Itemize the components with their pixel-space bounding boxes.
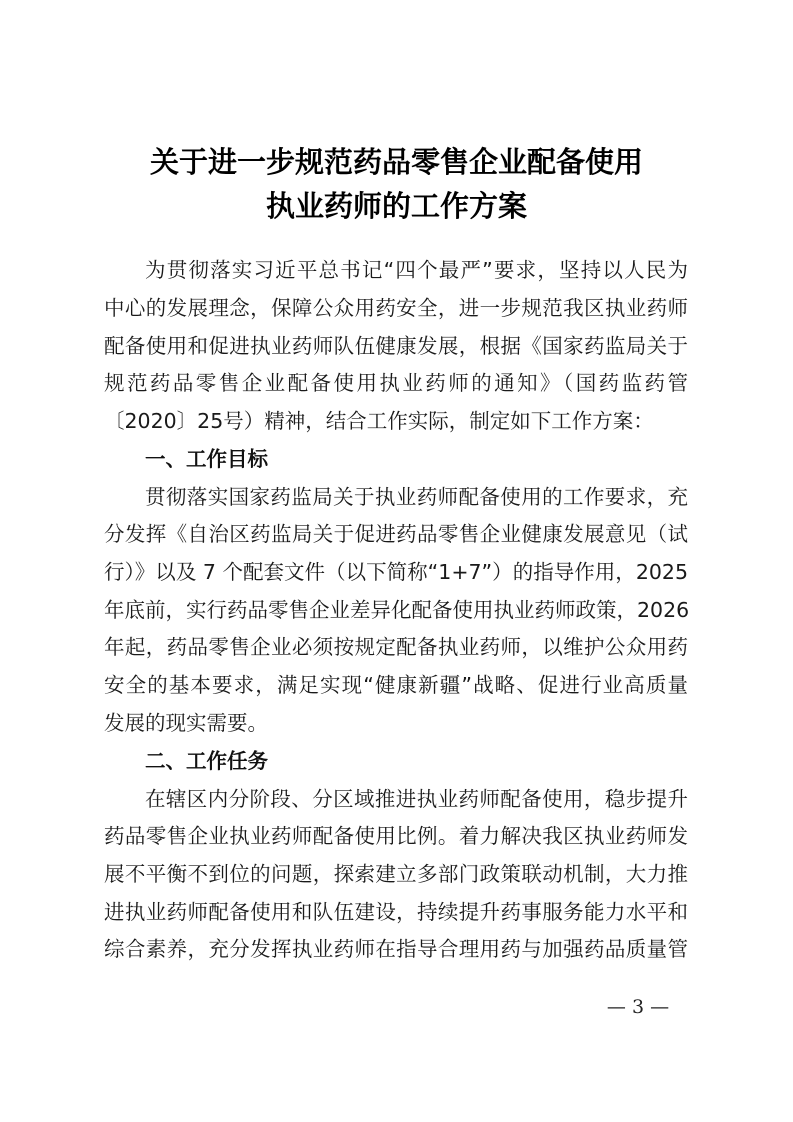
paragraph-line: 药品零售企业执业药师配备使用比例。着力解决我区执业药师发 xyxy=(104,823,688,849)
section-heading-tasks: 二、工作任务 xyxy=(145,748,268,774)
paragraph-line: 年起，药品零售企业必须按规定配备执业药师，以维护公众用药 xyxy=(104,634,688,660)
document-title-line-2: 执业药师的工作方案 xyxy=(0,184,793,225)
paragraph-line: 贯彻落实国家药监局关于执业药师配备使用的工作要求，充 xyxy=(145,484,688,510)
section-heading-goals: 一、工作目标 xyxy=(145,446,268,472)
paragraph-line: 进执业药师配备使用和队伍建设，持续提升药事服务能力水平和 xyxy=(104,899,688,925)
paragraph-line: 综合素养，充分发挥执业药师在指导合理用药与加强药品质量管 xyxy=(104,936,688,962)
paragraph-line: 年底前，实行药品零售企业差异化配备使用执业药师政策，2026 xyxy=(104,597,688,623)
document-title-line-1: 关于进一步规范药品零售企业配备使用 xyxy=(0,140,793,181)
paragraph-line: 发展的现实需要。 xyxy=(104,710,688,736)
paragraph-line: 规范药品零售企业配备使用执业药师的通知》（国药监药管 xyxy=(104,370,688,396)
paragraph-line: 分发挥《自治区药监局关于促进药品零售企业健康发展意见（试 xyxy=(104,521,688,547)
page-number: — 3 — xyxy=(603,996,673,1018)
paragraph-line: 为贯彻落实习近平总书记“四个最严”要求，坚持以人民为 xyxy=(145,257,688,283)
paragraph-line: 中心的发展理念，保障公众用药安全，进一步规范我区执业药师 xyxy=(104,295,688,321)
paragraph-line: 在辖区内分阶段、分区域推进执业药师配备使用，稳步提升 xyxy=(145,786,688,812)
paragraph-line: 展不平衡不到位的问题，探索建立多部门政策联动机制，大力推 xyxy=(104,861,688,887)
paragraph-line: 安全的基本要求，满足实现“健康新疆”战略、促进行业高质量 xyxy=(104,672,688,698)
paragraph-line: 配备使用和促进执业药师队伍健康发展，根据《国家药监局关于 xyxy=(104,333,688,359)
paragraph-line: 行）》以及 7 个配套文件（以下简称“1+7”）的指导作用，2025 xyxy=(104,559,688,585)
paragraph-line: 〔2020〕25号）精神，结合工作实际，制定如下工作方案： xyxy=(104,408,688,434)
